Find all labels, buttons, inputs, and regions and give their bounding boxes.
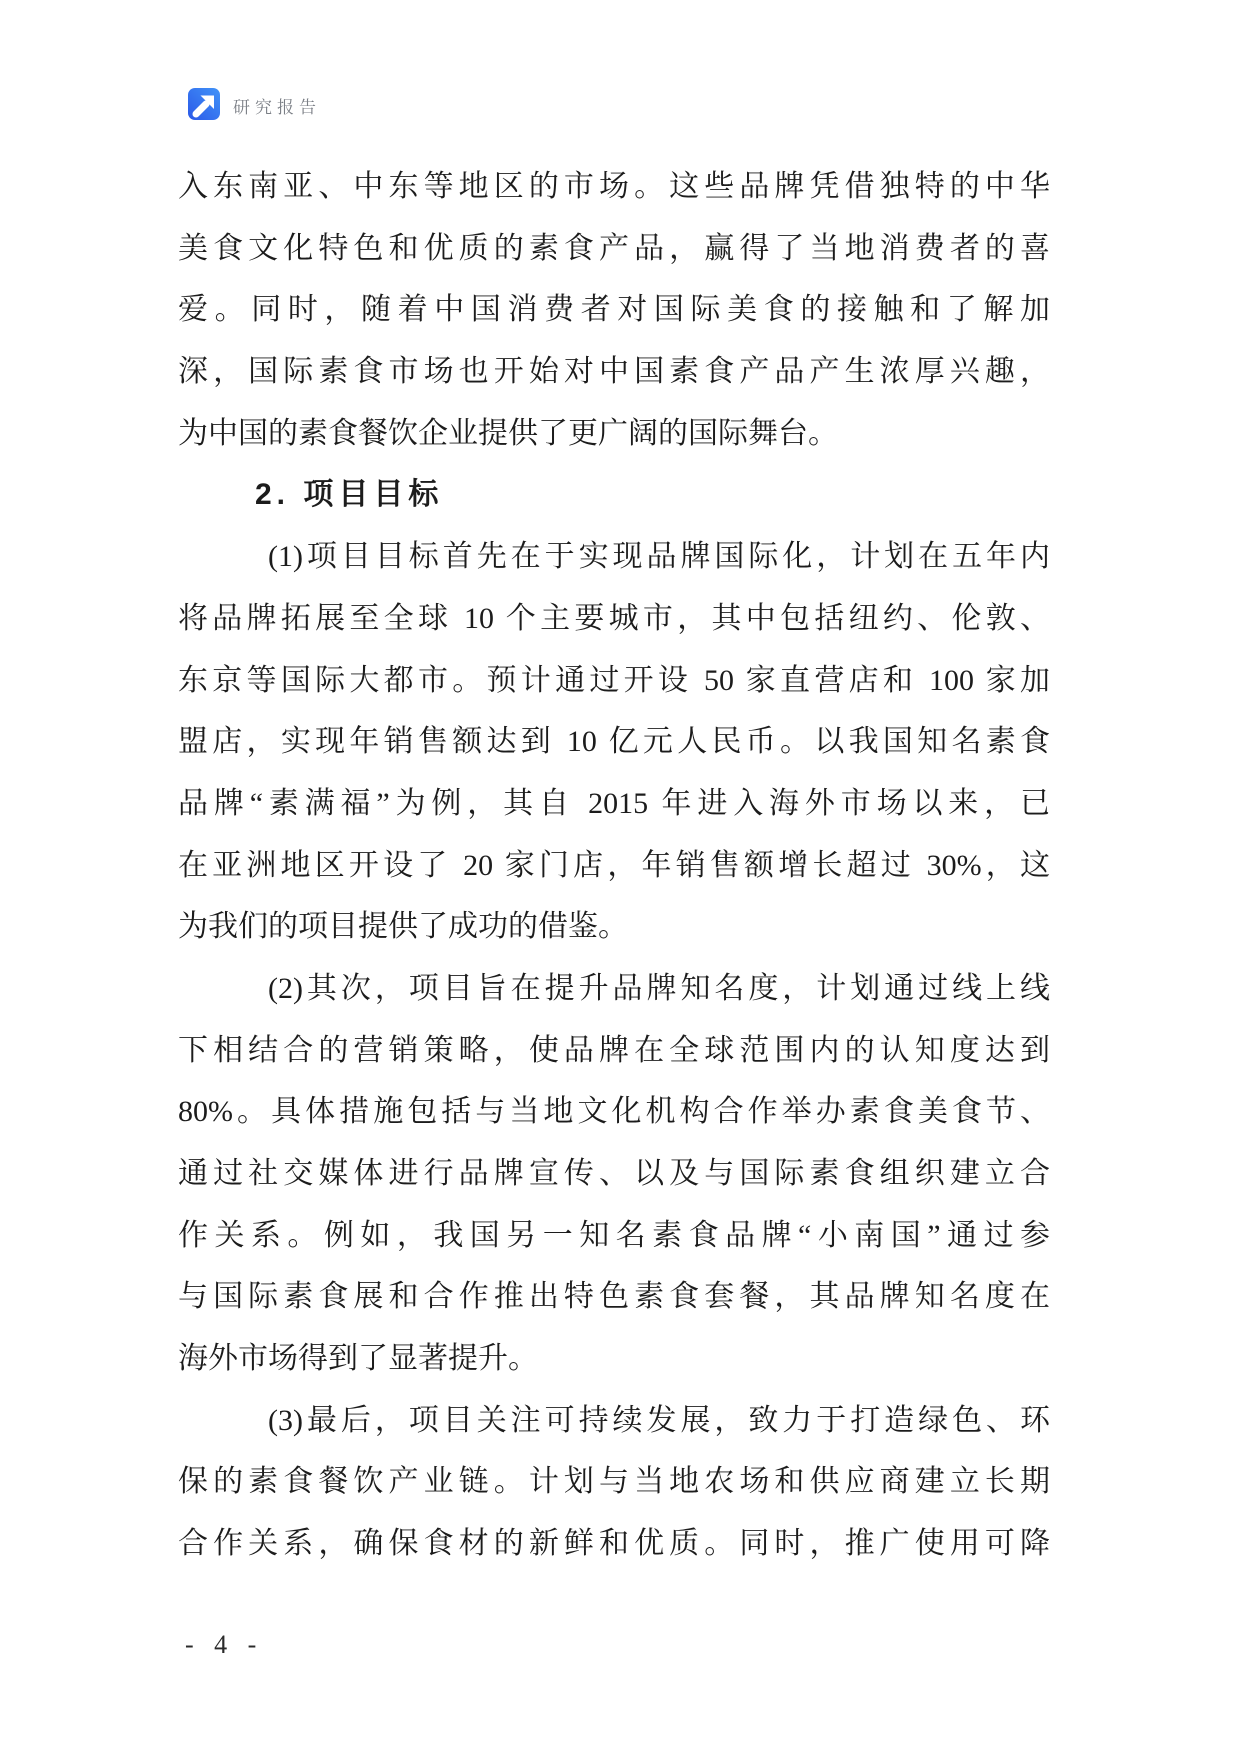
body-line: 东京等国际大都市。预计通过开设 50 家直营店和 100 家加 — [178, 650, 1050, 712]
document-body: 入东南亚、中东等地区的市场。这些品牌凭借独特的中华美食文化特色和优质的素食产品，… — [178, 156, 1050, 1575]
body-line: 海外市场得到了显著提升。 — [178, 1328, 1050, 1390]
body-line: 将品牌拓展至全球 10 个主要城市，其中包括纽约、伦敦、 — [178, 588, 1050, 650]
body-line: 盟店，实现年销售额达到 10 亿元人民币。以我国知名素食 — [178, 711, 1050, 773]
body-line: 爱。同时，随着中国消费者对国际美食的接触和了解加 — [178, 279, 1050, 341]
body-line: 80%。具体措施包括与当地文化机构合作举办素食美食节、 — [178, 1081, 1050, 1143]
document-page: 研究报告 入东南亚、中东等地区的市场。这些品牌凭借独特的中华美食文化特色和优质的… — [0, 0, 1240, 1753]
body-line: 为我们的项目提供了成功的借鉴。 — [178, 896, 1050, 958]
body-line: 与国际素食展和合作推出特色素食套餐，其品牌知名度在 — [178, 1266, 1050, 1328]
body-line: 为中国的素食餐饮企业提供了更广阔的国际舞台。 — [178, 403, 1050, 465]
page-header: 研究报告 — [0, 0, 1240, 130]
body-line: 保的素食餐饮产业链。计划与当地农场和供应商建立长期 — [178, 1451, 1050, 1513]
brand-logo — [188, 88, 220, 120]
brand-text: 研究报告 — [233, 93, 321, 118]
body-line: 下相结合的营销策略，使品牌在全球范围内的认知度达到 — [178, 1020, 1050, 1082]
body-line: 品牌“素满福”为例，其自 2015 年进入海外市场以来，已 — [178, 773, 1050, 835]
body-line: (1)项目目标首先在于实现品牌国际化，计划在五年内 — [178, 526, 1050, 588]
body-line: 在亚洲地区开设了 20 家门店，年销售额增长超过 30%，这 — [178, 835, 1050, 897]
body-line: 深，国际素食市场也开始对中国素食产品产生浓厚兴趣， — [178, 341, 1050, 403]
body-line: 通过社交媒体进行品牌宣传、以及与国际素食组织建立合 — [178, 1143, 1050, 1205]
body-line: 作关系。例如，我国另一知名素食品牌“小南国”通过参 — [178, 1205, 1050, 1267]
body-line: 入东南亚、中东等地区的市场。这些品牌凭借独特的中华 — [178, 156, 1050, 218]
section-heading: 2. 项目目标 — [178, 464, 1050, 526]
body-line: 美食文化特色和优质的素食产品，赢得了当地消费者的喜 — [178, 218, 1050, 280]
page-number: - 4 - — [185, 1630, 261, 1660]
arrow-up-right-icon — [188, 88, 220, 120]
body-line: (3)最后，项目关注可持续发展，致力于打造绿色、环 — [178, 1390, 1050, 1452]
body-line: (2)其次，项目旨在提升品牌知名度，计划通过线上线 — [178, 958, 1050, 1020]
body-line: 合作关系，确保食材的新鲜和优质。同时，推广使用可降 — [178, 1513, 1050, 1575]
